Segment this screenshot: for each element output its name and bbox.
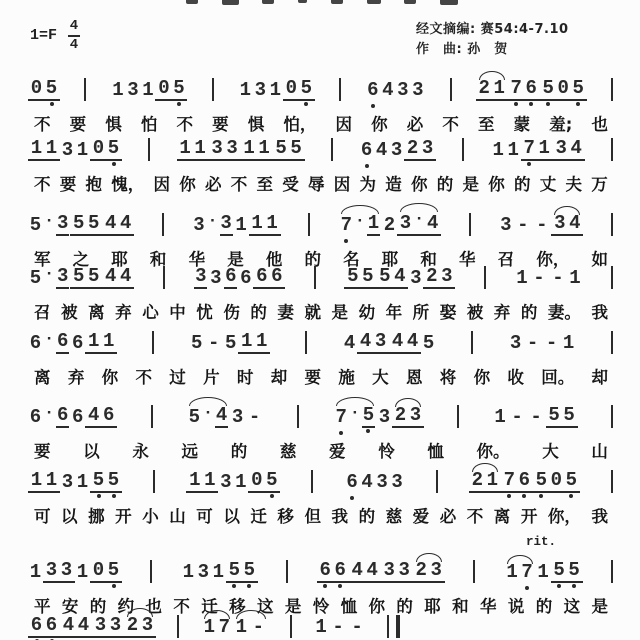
note: 1: [45, 471, 58, 491]
note: 5: [224, 334, 237, 354]
lyric-syllable: 我: [332, 503, 349, 527]
beam-group: 34: [553, 139, 585, 161]
note: 3: [509, 334, 522, 354]
note: 2: [415, 561, 428, 581]
beam-group: 55: [70, 267, 102, 289]
notes-row: 5·355443·31117·123·43--34: [28, 202, 614, 244]
note: 3: [231, 408, 244, 428]
low-octave-dot: [507, 494, 511, 498]
notes-row: 11315511310564332176505: [28, 462, 614, 501]
note: 1: [568, 269, 581, 289]
beam-group: 11: [28, 471, 60, 493]
lyric-syllable: 伤: [223, 299, 240, 323]
lyric-syllable: 被: [61, 299, 78, 323]
lyric-syllable: 是: [332, 299, 349, 323]
lyric-syllable: 迁: [250, 503, 267, 527]
time-signature-bottom: 4: [70, 38, 78, 53]
measure: 1--1: [514, 269, 582, 289]
note: 1: [315, 618, 328, 638]
barline: [484, 266, 486, 289]
measure: 11331155: [177, 139, 305, 161]
lyric-syllable: 娶: [440, 299, 457, 323]
low-octave-dot: [576, 102, 580, 106]
dash-note: -: [533, 216, 550, 236]
beam-group: 71: [521, 139, 553, 161]
dot-note: ·: [207, 213, 217, 231]
note: 3: [219, 473, 232, 493]
lyric-syllable: 抱: [86, 171, 103, 195]
note: 1: [255, 332, 268, 352]
lyric-syllable: 大: [372, 364, 389, 388]
note: 6: [71, 334, 84, 354]
lyric-syllable: 你: [411, 171, 428, 195]
measure: 3·3111: [191, 213, 280, 236]
lyric-syllable: 你，: [548, 503, 581, 527]
note: 1: [537, 563, 550, 583]
lyric-syllable: 幼: [359, 299, 376, 323]
low-octave-dot: [232, 584, 236, 588]
lyric-syllable: 的: [521, 299, 538, 323]
beam-group: 66: [317, 561, 349, 583]
note: 5: [422, 334, 435, 354]
beam-group: 11: [249, 214, 281, 236]
lyric-syllable: 惧: [248, 111, 265, 135]
beam-group: 44: [389, 332, 421, 354]
slur-group: 17: [201, 609, 233, 638]
barline: [163, 266, 165, 289]
beam-group: 11: [28, 139, 60, 161]
dash-note: -: [250, 618, 267, 638]
score-line-5: 6·66115-5114434453--1离弃你不过片时却要施大恩将你收回。却: [28, 331, 614, 388]
note: 6: [239, 269, 252, 289]
measure: 117134: [491, 139, 585, 161]
time-signature: 4 4: [68, 19, 80, 52]
note: 1: [102, 332, 115, 352]
note: 6: [45, 616, 58, 636]
beam-group: 33: [43, 561, 75, 583]
note: 4: [391, 332, 404, 352]
score-line-2: 1131051133115564323117134不要抱愧，因你必不至受辱因为造…: [28, 138, 614, 195]
low-octave-dot: [525, 586, 529, 590]
title-fragment: [440, 0, 458, 5]
lyric-syllable: 必: [205, 171, 222, 195]
barline: [611, 138, 613, 161]
note: 3: [411, 81, 424, 101]
measure: 3--34: [498, 205, 583, 236]
beam-group: 33: [209, 139, 241, 161]
rest-note: 0: [30, 79, 43, 99]
lyric-syllable: 妻。: [548, 299, 581, 323]
barline: [611, 213, 613, 236]
beam-group: 55: [273, 139, 305, 161]
measure: 13105: [238, 79, 315, 101]
lyric-syllable: 离: [34, 364, 51, 388]
low-octave-dot: [546, 102, 550, 106]
note: 3: [61, 473, 74, 493]
dash-note: -: [528, 408, 545, 428]
cropped-title-fragments: [186, 0, 458, 5]
slur-group: 17: [504, 554, 536, 583]
lyrics-row: 离弃你不过片时却要施大恩将你收回。却: [28, 364, 614, 388]
beam-group: 11: [238, 332, 270, 354]
final-barline: [387, 615, 400, 638]
notes-row: 6·66115-5114434453--1: [28, 331, 614, 362]
note: 5: [275, 139, 288, 159]
note: 1: [29, 563, 42, 583]
dot-note: ·: [44, 405, 54, 423]
lyric-syllable: 离: [494, 503, 511, 527]
low-octave-dot: [371, 104, 375, 108]
note: 4: [381, 81, 394, 101]
dash-note: -: [524, 334, 541, 354]
note: 1: [235, 216, 248, 236]
barline: [611, 331, 613, 354]
low-octave-dot: [97, 494, 101, 498]
low-octave-dot: [527, 162, 531, 166]
lyric-syllable: 所: [413, 299, 430, 323]
title-fragment: [404, 0, 416, 4]
dash-note: -: [509, 408, 526, 428]
dot-note: ·: [203, 405, 213, 423]
note: 1: [239, 81, 252, 101]
note: 5: [188, 408, 201, 428]
note: 4: [375, 141, 388, 161]
note: 5: [563, 406, 576, 426]
notes-row: 5·3554433666655543231--1: [28, 266, 614, 297]
lyric-syllable: 离: [88, 299, 105, 323]
lyric-syllable: 不: [442, 111, 459, 135]
lyric-syllable: 造: [385, 171, 402, 195]
note: 5: [535, 471, 548, 491]
measure: 133105: [28, 561, 122, 583]
note: 4: [361, 473, 374, 493]
note: 4: [570, 139, 583, 159]
note: 5: [548, 406, 561, 426]
barline: [152, 331, 154, 354]
lyric-syllable: 的: [231, 438, 248, 462]
lyric-syllable: 小: [142, 503, 159, 527]
lyric-syllable: 要: [70, 111, 87, 135]
lyric-syllable: 怕: [141, 111, 158, 135]
measure: 7·5323: [333, 396, 424, 428]
dot-note: ·: [44, 266, 54, 284]
note: 6: [30, 616, 43, 636]
note: 1: [87, 332, 100, 352]
note: 5: [29, 269, 42, 289]
dot-note: ·: [44, 213, 54, 231]
measure: 6433: [345, 473, 405, 493]
beam-group: 43: [357, 332, 389, 354]
note: 3: [211, 139, 224, 159]
barline: [148, 138, 150, 161]
slur-group: 23: [392, 397, 424, 428]
note: 2: [478, 79, 491, 99]
lyric-syllable: 不: [34, 171, 51, 195]
lyric-syllable: 过: [169, 364, 186, 388]
lyric-syllable: 的: [536, 593, 553, 617]
low-octave-dot: [522, 494, 526, 498]
lyric-syllable: 蒙: [514, 111, 531, 135]
measure: 6·6646: [28, 405, 117, 428]
note: 7: [335, 408, 348, 428]
note: 1: [179, 139, 192, 159]
note: 5: [243, 561, 256, 581]
note: 3: [409, 269, 422, 289]
note: 2: [425, 267, 438, 287]
note: 5: [72, 267, 85, 287]
score-line-3: 5·355443·31117·123·43--34军之耶和华是他的名耶和华召你，…: [28, 202, 614, 270]
measure: 5·35544: [28, 213, 134, 236]
measure: 2176505: [469, 462, 580, 493]
note: 3: [499, 216, 512, 236]
lyric-syllable: 恤: [427, 438, 444, 462]
lyric-syllable: 愧，: [111, 171, 144, 195]
lyric-syllable: 你。: [477, 438, 510, 462]
low-octave-dot: [365, 164, 369, 168]
note: 4: [87, 406, 100, 426]
note: 3: [60, 561, 73, 581]
lyric-syllable: 要: [305, 364, 322, 388]
note: 1: [506, 563, 519, 583]
beam-group: 55: [90, 471, 122, 493]
beam-group: 46: [85, 406, 117, 428]
lyric-syllable: 要: [212, 111, 229, 135]
dash-note: -: [543, 334, 560, 354]
beam-group: 05: [28, 79, 60, 101]
note: 3: [376, 473, 389, 493]
measure: 05: [28, 79, 60, 101]
note: 6: [366, 81, 379, 101]
note: 1: [251, 214, 264, 234]
note: 5: [361, 267, 374, 287]
barline: [177, 615, 179, 638]
note: 1: [240, 332, 253, 352]
measure: 1--55: [493, 406, 578, 428]
lyric-syllable: 不: [177, 111, 194, 135]
note: 1: [258, 139, 271, 159]
measure: 171-: [201, 609, 269, 638]
note: 4: [119, 214, 132, 234]
lyric-syllable: 因: [154, 171, 171, 195]
title-fragment: [367, 0, 381, 4]
measure: 5·43-: [186, 396, 264, 428]
note: 5: [362, 406, 375, 428]
low-octave-dot: [339, 431, 343, 435]
title-fragment: [222, 0, 239, 5]
note: 5: [572, 79, 585, 99]
note: 3: [61, 141, 74, 161]
lyric-syllable: 也: [591, 111, 608, 135]
measure: 3--1: [508, 334, 576, 354]
note: 7: [510, 79, 523, 99]
note: 3: [374, 332, 387, 352]
note: 1: [188, 471, 201, 491]
score-line-4: 5·3554433666655543231--1召被离弃心中忧伤的妻就是幼年所娶…: [28, 266, 614, 323]
slur-group: 23: [124, 607, 156, 638]
note: 3: [378, 408, 391, 428]
lyric-syllable: 惧: [105, 111, 122, 135]
note: 4: [215, 406, 228, 428]
beam-group: 05: [248, 471, 280, 493]
slur-group: 34: [551, 205, 583, 236]
dash-note: -: [246, 408, 263, 428]
measure: 64323: [359, 139, 436, 161]
note: 7: [503, 471, 516, 491]
note: 1: [111, 81, 124, 101]
lyric-syllable: 和: [452, 593, 469, 617]
note: 5: [172, 79, 185, 99]
lyric-syllable: 要: [60, 171, 77, 195]
note: 6: [346, 473, 359, 493]
lyric-syllable: 大: [542, 438, 559, 462]
note: 3: [383, 561, 396, 581]
note: 1: [234, 473, 247, 493]
rit-annotation: rit.: [526, 535, 556, 549]
beam-group: 66: [253, 267, 285, 289]
low-octave-dot: [539, 494, 543, 498]
lyric-syllable: 年: [386, 299, 403, 323]
title-fragment: [298, 0, 307, 3]
note: 3: [254, 81, 267, 101]
dash-note: -: [514, 216, 531, 236]
beam-group: 23: [404, 139, 436, 161]
note: 4: [568, 214, 581, 234]
measure: 66443323: [28, 607, 156, 638]
lyric-syllable: 因: [336, 111, 353, 135]
beam-group: 54: [376, 267, 408, 289]
note: 3: [226, 139, 239, 159]
note: 6: [319, 561, 332, 581]
slur-group: 1-: [233, 609, 269, 638]
lyric-syllable: 恩: [406, 364, 423, 388]
beam-group: 11: [241, 139, 273, 161]
note: 7: [523, 139, 536, 159]
note: 5: [72, 214, 85, 234]
note: 3: [390, 141, 403, 161]
low-octave-dot: [112, 584, 116, 588]
note: 5: [565, 471, 578, 491]
lyric-syllable: 必: [407, 111, 424, 135]
slur-group: 21: [476, 70, 508, 101]
note: 4: [119, 267, 132, 287]
note: 3: [192, 216, 205, 236]
note: 3: [209, 269, 222, 289]
note: 5: [346, 267, 359, 287]
time-signature-top: 4: [70, 19, 78, 34]
lyric-syllable: 你: [179, 171, 196, 195]
barline: [297, 405, 299, 428]
note: 4: [343, 334, 356, 354]
lyric-syllable: 开: [521, 503, 538, 527]
measure: 7·123·4: [338, 202, 441, 236]
note: 3: [45, 561, 58, 581]
note: 1: [492, 141, 505, 161]
lyric-syllable: 可: [34, 503, 51, 527]
lyric-syllable: 开: [115, 503, 132, 527]
lyric-syllable: 你: [474, 364, 491, 388]
rest-note: 0: [92, 561, 105, 581]
lyric-syllable: 为: [360, 171, 377, 195]
lyrics-row: 要以永远的慈爱怜恤你。大山: [28, 438, 614, 462]
note: 1: [235, 618, 248, 638]
title-fragment: [331, 0, 343, 4]
note: 5: [378, 267, 391, 287]
measure: 443445: [342, 332, 436, 354]
lyric-syllable: 不: [231, 171, 248, 195]
note: 5: [107, 471, 120, 491]
note: 7: [521, 563, 534, 583]
lyric-syllable: 至: [478, 111, 495, 135]
lyric-syllable: 的: [514, 171, 531, 195]
lyric-syllable: 不: [467, 503, 484, 527]
note: 1: [203, 471, 216, 491]
lyric-syllable: 我: [591, 503, 608, 527]
lyrics-row: 召被离弃心中忧伤的妻就是幼年所娶被弃的妻。我: [28, 299, 614, 323]
note: 1: [507, 141, 520, 161]
score-line-6: 6·66465·43-7·53231--55要以永远的慈爱怜恤你。大山: [28, 396, 614, 462]
lyric-syllable: 远: [182, 438, 199, 462]
note: 5: [190, 334, 203, 354]
lyric-syllable: 以: [83, 438, 100, 462]
dot-note: ·: [44, 331, 54, 349]
dash-note: -: [530, 269, 547, 289]
note: 6: [56, 332, 69, 354]
note: 3: [126, 81, 139, 101]
lyric-syllable: 收: [507, 364, 524, 388]
beam-group: 11: [177, 139, 209, 161]
lyric-syllable: 怜: [378, 438, 395, 462]
note: 6: [29, 334, 42, 354]
beam-group: 44: [102, 267, 134, 289]
note: 4: [406, 332, 419, 352]
lyric-syllable: 的: [359, 503, 376, 527]
note: 1: [367, 214, 380, 236]
measure: 6·6611: [28, 331, 117, 354]
barline: [212, 78, 214, 101]
note: 5: [553, 561, 566, 581]
lyric-syllable: 丈: [540, 171, 557, 195]
lyric-syllable: 夫: [566, 171, 583, 195]
beam-group: 11: [85, 332, 117, 354]
note: 3: [399, 214, 412, 234]
slur-group: 7·5: [333, 396, 377, 428]
measure: 113105: [186, 471, 280, 493]
lyric-syllable: 却: [592, 364, 609, 388]
score-line-9: 66443323171-1--: [28, 607, 400, 640]
lyric-syllable: 爱: [329, 438, 346, 462]
scripture-source-line: 经文摘编: 赛54:4-7.10: [416, 20, 569, 40]
note: 1: [76, 563, 89, 583]
title-fragment: [262, 0, 274, 4]
barline: [290, 615, 292, 638]
note: 4: [104, 267, 117, 287]
note: 4: [393, 267, 406, 287]
note: 5: [87, 214, 100, 234]
note: 1: [203, 618, 216, 638]
note: 1: [494, 408, 507, 428]
measure: 17155: [504, 554, 583, 583]
score-line-1: 05131051310564332176505不要惧怕不要惧怕，因你必不至蒙羞;…: [28, 70, 614, 135]
barline: [450, 78, 452, 101]
barline: [150, 560, 152, 583]
note: 5: [107, 561, 120, 581]
note: 4: [366, 561, 379, 581]
note: 6: [360, 141, 373, 161]
lyric-syllable: 山: [591, 438, 608, 462]
barline: [84, 78, 86, 101]
note: 1: [141, 81, 154, 101]
note: 1: [515, 269, 528, 289]
